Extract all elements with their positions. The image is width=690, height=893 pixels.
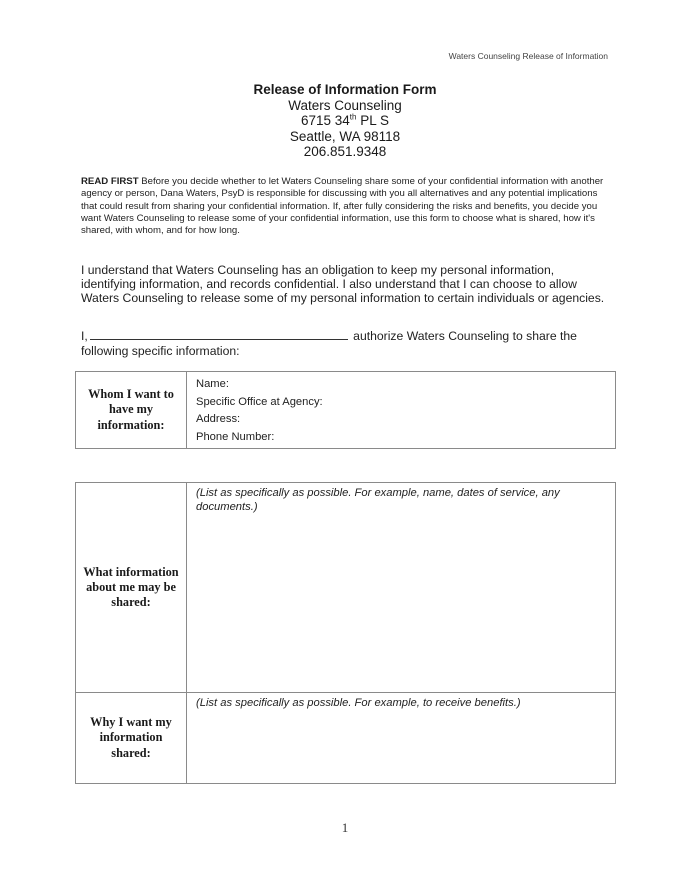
recipient-fields-cell[interactable]: Name: Specific Office at Agency: Address… — [187, 372, 616, 449]
recipient-label: Whom I want to have my information: — [76, 387, 186, 433]
address-rest: PL S — [356, 113, 389, 128]
running-header: Waters Counseling Release of Information — [449, 51, 608, 61]
authorize-statement: I, authorize Waters Counseling to share … — [81, 328, 611, 358]
title-block: Release of Information Form Waters Couns… — [0, 82, 690, 160]
table-row: Why I want my information shared: (List … — [76, 693, 616, 784]
recipient-label-cell: Whom I want to have my information: — [76, 372, 187, 449]
why-shared-hint: (List as specifically as possible. For e… — [187, 693, 615, 711]
read-first-label: READ FIRST — [81, 176, 139, 187]
why-shared-label-cell: Why I want my information shared: — [76, 693, 187, 784]
recipient-name-field[interactable]: Name: — [196, 376, 611, 394]
phone-number: 206.851.9348 — [0, 144, 690, 160]
why-shared-label: Why I want my information shared: — [76, 715, 186, 761]
what-info-label-cell: What information about me may be shared: — [76, 483, 187, 693]
understand-paragraph: I understand that Waters Counseling has … — [81, 263, 611, 306]
organization-name: Waters Counseling — [0, 98, 690, 114]
recipient-phone-field[interactable]: Phone Number: — [196, 429, 611, 447]
address-number: 6715 34 — [301, 113, 350, 128]
city-state-zip: Seattle, WA 98118 — [0, 129, 690, 145]
street-address: 6715 34th PL S — [0, 113, 690, 129]
what-info-hint: (List as specifically as possible. For e… — [187, 483, 615, 514]
read-first-paragraph: READ FIRST Before you decide whether to … — [81, 176, 611, 237]
recipient-table: Whom I want to have my information: Name… — [75, 371, 616, 449]
what-info-label: What information about me may be shared: — [76, 565, 186, 611]
table-row: Whom I want to have my information: Name… — [76, 372, 616, 449]
page-number: 1 — [0, 820, 690, 836]
recipient-address-field[interactable]: Address: — [196, 411, 611, 429]
authorize-prefix: I, — [81, 329, 88, 343]
what-info-field[interactable]: (List as specifically as possible. For e… — [187, 483, 616, 693]
info-table: What information about me may be shared:… — [75, 482, 616, 784]
form-title: Release of Information Form — [0, 82, 690, 98]
why-shared-field[interactable]: (List as specifically as possible. For e… — [187, 693, 616, 784]
read-first-text: Before you decide whether to let Waters … — [81, 176, 603, 236]
client-name-field[interactable] — [90, 328, 348, 340]
recipient-office-field[interactable]: Specific Office at Agency: — [196, 394, 611, 412]
table-row: What information about me may be shared:… — [76, 483, 616, 693]
